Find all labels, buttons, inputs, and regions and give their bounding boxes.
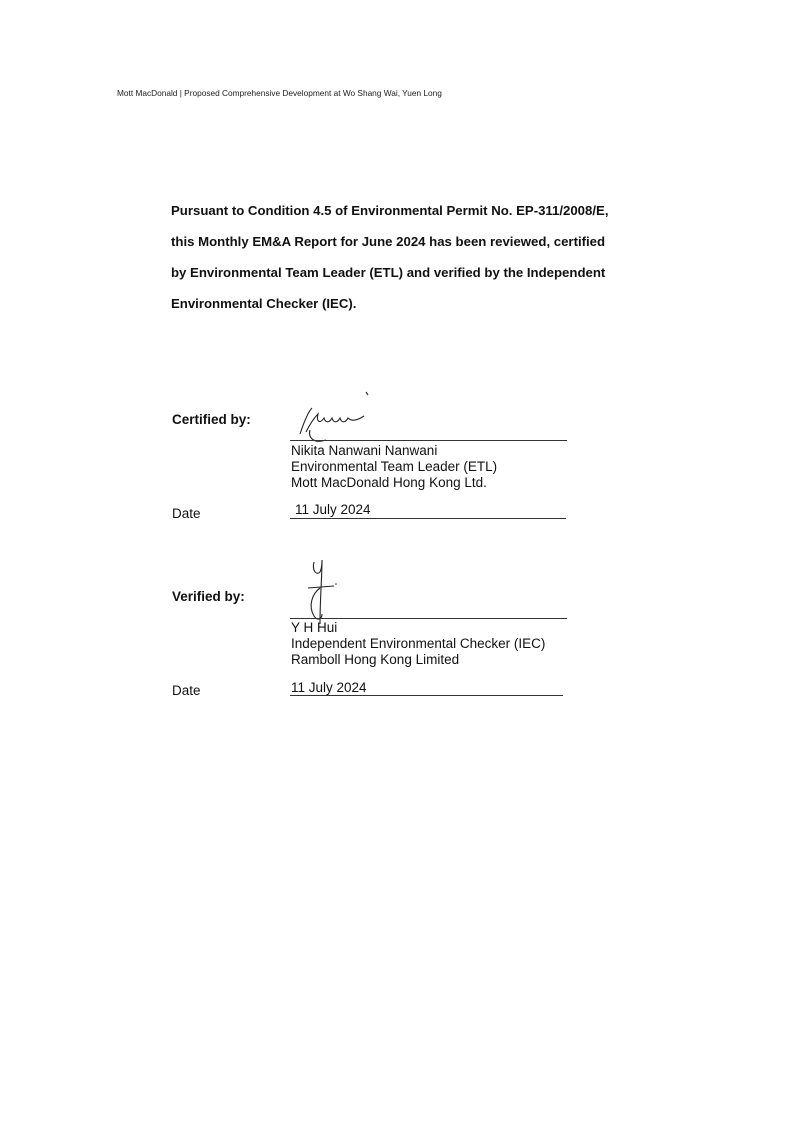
certifier-organisation: Mott MacDonald Hong Kong Ltd.: [291, 475, 487, 491]
date-label: Date: [172, 683, 201, 698]
signature-line: [290, 618, 567, 619]
verifier-organisation: Ramboll Hong Kong Limited: [291, 652, 459, 668]
certified-date: 11 July 2024: [295, 502, 371, 518]
certified-by-label: Certified by:: [172, 412, 251, 427]
date-label: Date: [172, 506, 201, 521]
certifier-name: Nikita Nanwani Nanwani: [291, 443, 437, 459]
verifier-name: Y H Hui: [291, 620, 337, 636]
verifier-role: Independent Environmental Checker (IEC): [291, 636, 545, 652]
certifier-role: Environmental Team Leader (ETL): [291, 459, 497, 475]
statement-line: by Environmental Team Leader (ETL) and v…: [171, 265, 605, 280]
statement-line: this Monthly EM&A Report for June 2024 h…: [171, 234, 605, 249]
signature-line: [290, 440, 567, 441]
statement-line: Pursuant to Condition 4.5 of Environment…: [171, 203, 608, 218]
verified-date: 11 July 2024: [291, 680, 367, 696]
date-line: [290, 695, 563, 696]
date-line: [290, 518, 566, 519]
statement-line: Environmental Checker (IEC).: [171, 296, 356, 311]
running-header: Mott MacDonald | Proposed Comprehensive …: [117, 88, 442, 98]
verified-by-label: Verified by:: [172, 589, 245, 604]
